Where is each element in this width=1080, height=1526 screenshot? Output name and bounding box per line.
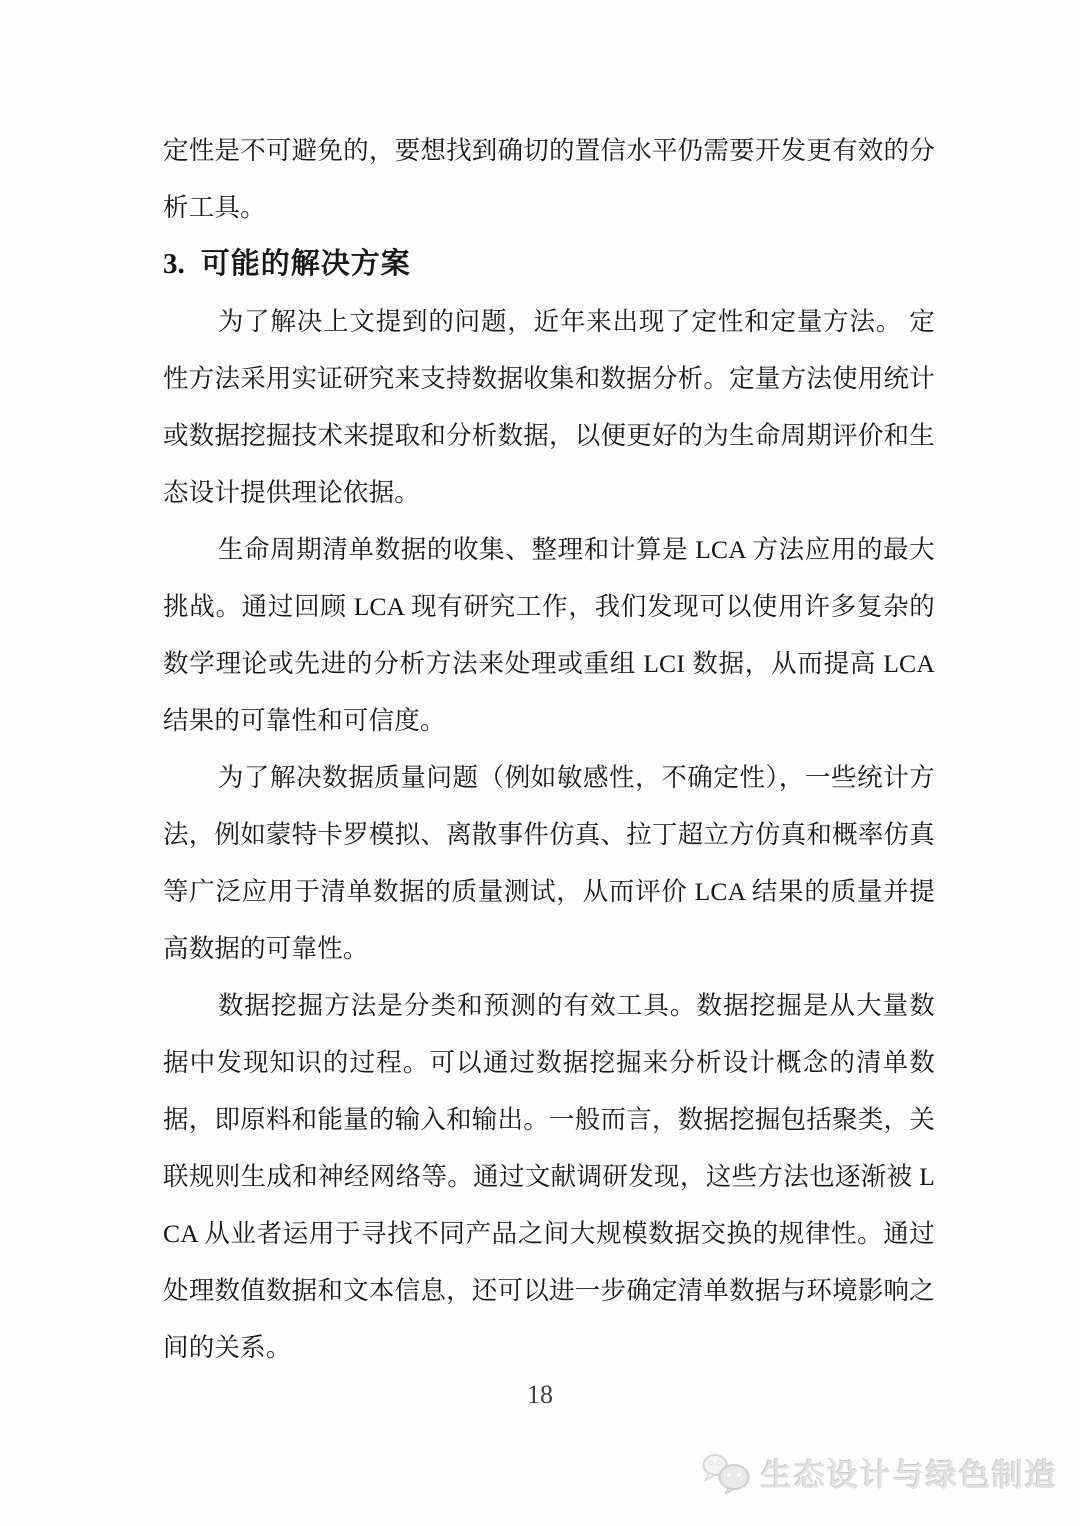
document-page: 定性是不可避免的，要想找到确切的置信水平仍需要开发更有效的分析工具。 3.可能的… [0, 0, 1080, 1526]
paragraph-continuation: 定性是不可避免的，要想找到确切的置信水平仍需要开发更有效的分析工具。 [163, 122, 935, 236]
paragraph: 数据挖掘方法是分类和预测的有效工具。数据挖掘是从大量数据中发现知识的过程。可以通… [163, 977, 935, 1376]
watermark-text: 生态设计与绿色制造 [761, 1450, 1058, 1495]
wechat-icon [701, 1451, 753, 1495]
paragraph: 生命周期清单数据的收集、整理和计算是 LCA 方法应用的最大挑战。通过回顾 LC… [163, 521, 935, 749]
watermark: 生态设计与绿色制造 [701, 1450, 1058, 1495]
section-number: 3. [163, 236, 185, 293]
page-number: 18 [0, 1378, 1080, 1412]
section-heading: 3.可能的解决方案 [163, 236, 935, 293]
document-content: 定性是不可避免的，要想找到确切的置信水平仍需要开发更有效的分析工具。 3.可能的… [163, 122, 935, 1376]
section-title: 可能的解决方案 [201, 248, 411, 280]
paragraph: 为了解决数据质量问题（例如敏感性，不确定性），一些统计方法，例如蒙特卡罗模拟、离… [163, 749, 935, 977]
paragraph: 为了解决上文提到的问题，近年来出现了定性和定量方法。 定性方法采用实证研究来支持… [163, 293, 935, 521]
